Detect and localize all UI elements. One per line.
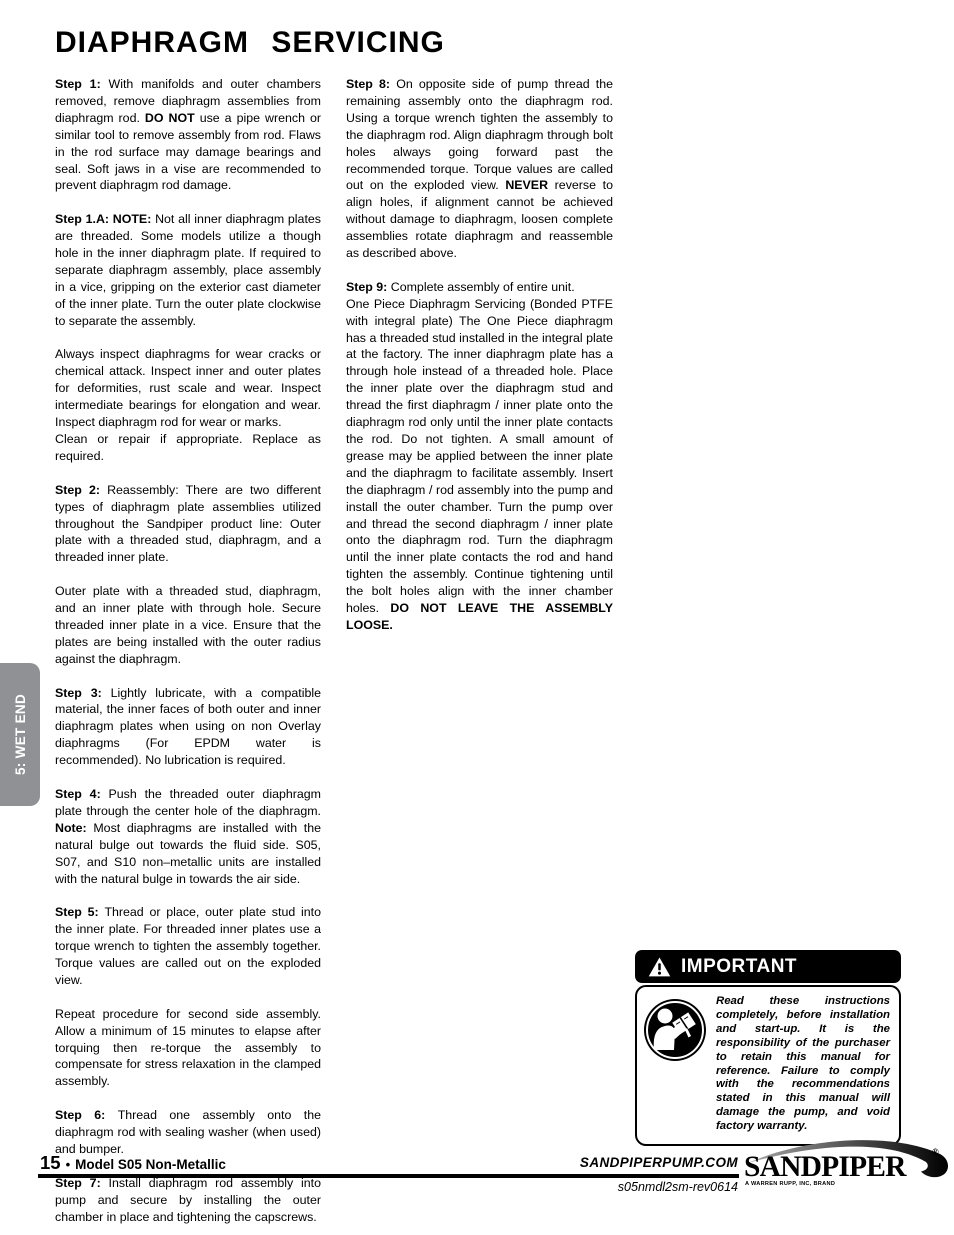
bold-text: Step 4: <box>55 787 109 801</box>
paragraph: Step 1: With manifolds and outer chamber… <box>55 76 321 194</box>
paragraph: Outer plate with a threaded stud, diaphr… <box>55 583 321 668</box>
paragraph: Step 5: Thread or place, outer plate stu… <box>55 904 321 989</box>
important-header-bar: IMPORTANT <box>635 950 901 983</box>
bold-text: Step 2: <box>55 483 107 497</box>
bold-text: Step 9: <box>346 280 391 294</box>
warning-triangle-icon <box>648 957 671 977</box>
footer-rule <box>38 1174 739 1178</box>
manual-page: DIAPHRAGM SERVICING 5: WET END Step 1: W… <box>0 0 954 1235</box>
registered-mark: ® <box>932 1147 939 1157</box>
body-text: Not all inner diaphragm plates are threa… <box>55 212 321 327</box>
paragraph: One Piece Diaphragm Servicing (Bonded PT… <box>346 296 613 634</box>
body-text: Complete assembly of entire unit. <box>391 280 575 294</box>
model-label: Model S05 Non-Metallic <box>75 1157 226 1172</box>
paragraph: Repeat procedure for second side assembl… <box>55 1006 321 1091</box>
body-text: Clean or repair if appropriate. Replace … <box>55 432 321 463</box>
section-tab-label: 5: WET END <box>13 694 28 775</box>
paragraph: Step 6: Thread one assembly onto the dia… <box>55 1107 321 1158</box>
paragraph: Clean or repair if appropriate. Replace … <box>55 431 321 465</box>
right-text-column: Step 8: On opposite side of pump thread … <box>346 76 613 634</box>
bold-text: Step 3: <box>55 686 111 700</box>
bold-text: Step 1.A: NOTE: <box>55 212 155 226</box>
body-text: On opposite side of pump thread the rema… <box>346 77 613 192</box>
paragraph: Always inspect diaphragms for wear crack… <box>55 346 321 431</box>
page-title: DIAPHRAGM SERVICING <box>55 26 445 60</box>
important-notice-box: IMPORTANT Read these instructions comple… <box>635 950 901 1146</box>
paragraph: Step 9: Complete assembly of entire unit… <box>346 279 613 296</box>
left-text-column: Step 1: With manifolds and outer chamber… <box>55 76 321 1225</box>
brand-name: SANDPIPER <box>744 1151 907 1183</box>
bold-text: DO NOT <box>145 111 195 125</box>
paragraph: Step 3: Lightly lubricate, with a compat… <box>55 685 321 770</box>
important-body: Read these instructions completely, befo… <box>635 985 901 1146</box>
section-tab-wet-end: 5: WET END <box>0 663 40 806</box>
brand-subtitle: A WARREN RUPP, INC, BRAND <box>745 1181 835 1187</box>
read-manual-icon <box>643 998 707 1062</box>
bold-text: Step 8: <box>346 77 396 91</box>
bold-text: Step 6: <box>55 1108 118 1122</box>
footer-bullet: • <box>66 1157 71 1172</box>
bold-text: Step 7: <box>55 1176 109 1190</box>
bold-text: NEVER <box>505 178 548 192</box>
website-text: SANDPIPERPUMP.COM <box>518 1155 738 1170</box>
bold-text: Step 1: <box>55 77 109 91</box>
paragraph: Step 4: Push the threaded outer diaphrag… <box>55 786 321 887</box>
body-text: Always inspect diaphragms for wear crack… <box>55 347 321 429</box>
paragraph: Step 2: Reassembly: There are two differ… <box>55 482 321 567</box>
body-text: Outer plate with a threaded stud, diaphr… <box>55 584 321 666</box>
body-text: One Piece Diaphragm Servicing (Bonded PT… <box>346 297 613 615</box>
doc-code: s05nmdl2sm-rev0614 <box>518 1180 738 1194</box>
sandpiper-logo: SANDPIPER ® A WARREN RUPP, INC, BRAND <box>744 1135 952 1187</box>
paragraph: Step 8: On opposite side of pump thread … <box>346 76 613 262</box>
body-text: Repeat procedure for second side assembl… <box>55 1007 321 1089</box>
paragraph: Step 1.A: NOTE: Not all inner diaphragm … <box>55 211 321 329</box>
bold-text: Note: <box>55 821 93 835</box>
page-number: 15 <box>40 1152 61 1174</box>
body-text: Most diaphragms are installed with the n… <box>55 821 321 886</box>
footer-page-info: 15 • Model S05 Non-Metallic <box>40 1152 226 1174</box>
bold-text: Step 5: <box>55 905 104 919</box>
important-text: Read these instructions completely, befo… <box>716 995 890 1134</box>
important-title: IMPORTANT <box>681 956 797 978</box>
paragraph: Step 7: Install diaphragm rod assembly i… <box>55 1175 321 1226</box>
